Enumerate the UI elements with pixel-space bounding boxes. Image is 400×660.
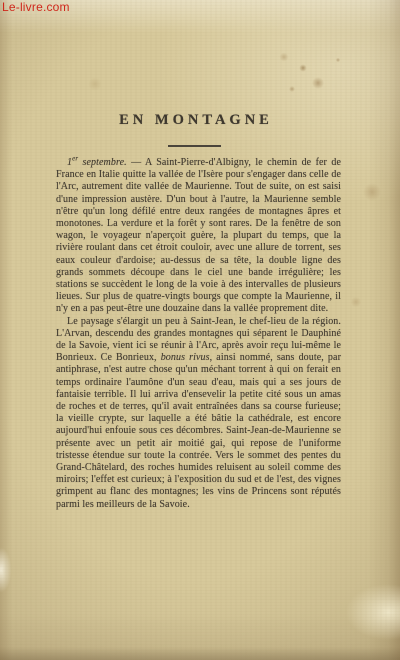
em-dash: — [127,157,145,168]
article-title: EN MONTAGNE [0,112,392,129]
article-body: 1er septembre. — A Saint-Pierre-d'Albign… [56,157,341,511]
paragraph-1: 1er septembre. — A Saint-Pierre-d'Albign… [56,157,341,316]
paragraph-1-text: A Saint-Pierre-d'Albigny, le chemin de f… [56,157,341,314]
latin-phrase: bonus rivus [161,352,210,363]
paragraph-2: Le paysage s'élargit un peu à Saint-Jean… [56,316,341,511]
scanned-book-page: Le-livre.com EN MONTAGNE 1er septembre. … [0,0,400,660]
date-rest: septembre. [78,157,127,168]
title-divider [168,145,221,147]
date-lead: 1er septembre. [67,157,127,168]
paragraph-2-text-after: , ainsi nommé, sans doute, par antiphras… [56,352,341,509]
watermark-text: Le-livre.com [2,0,70,14]
